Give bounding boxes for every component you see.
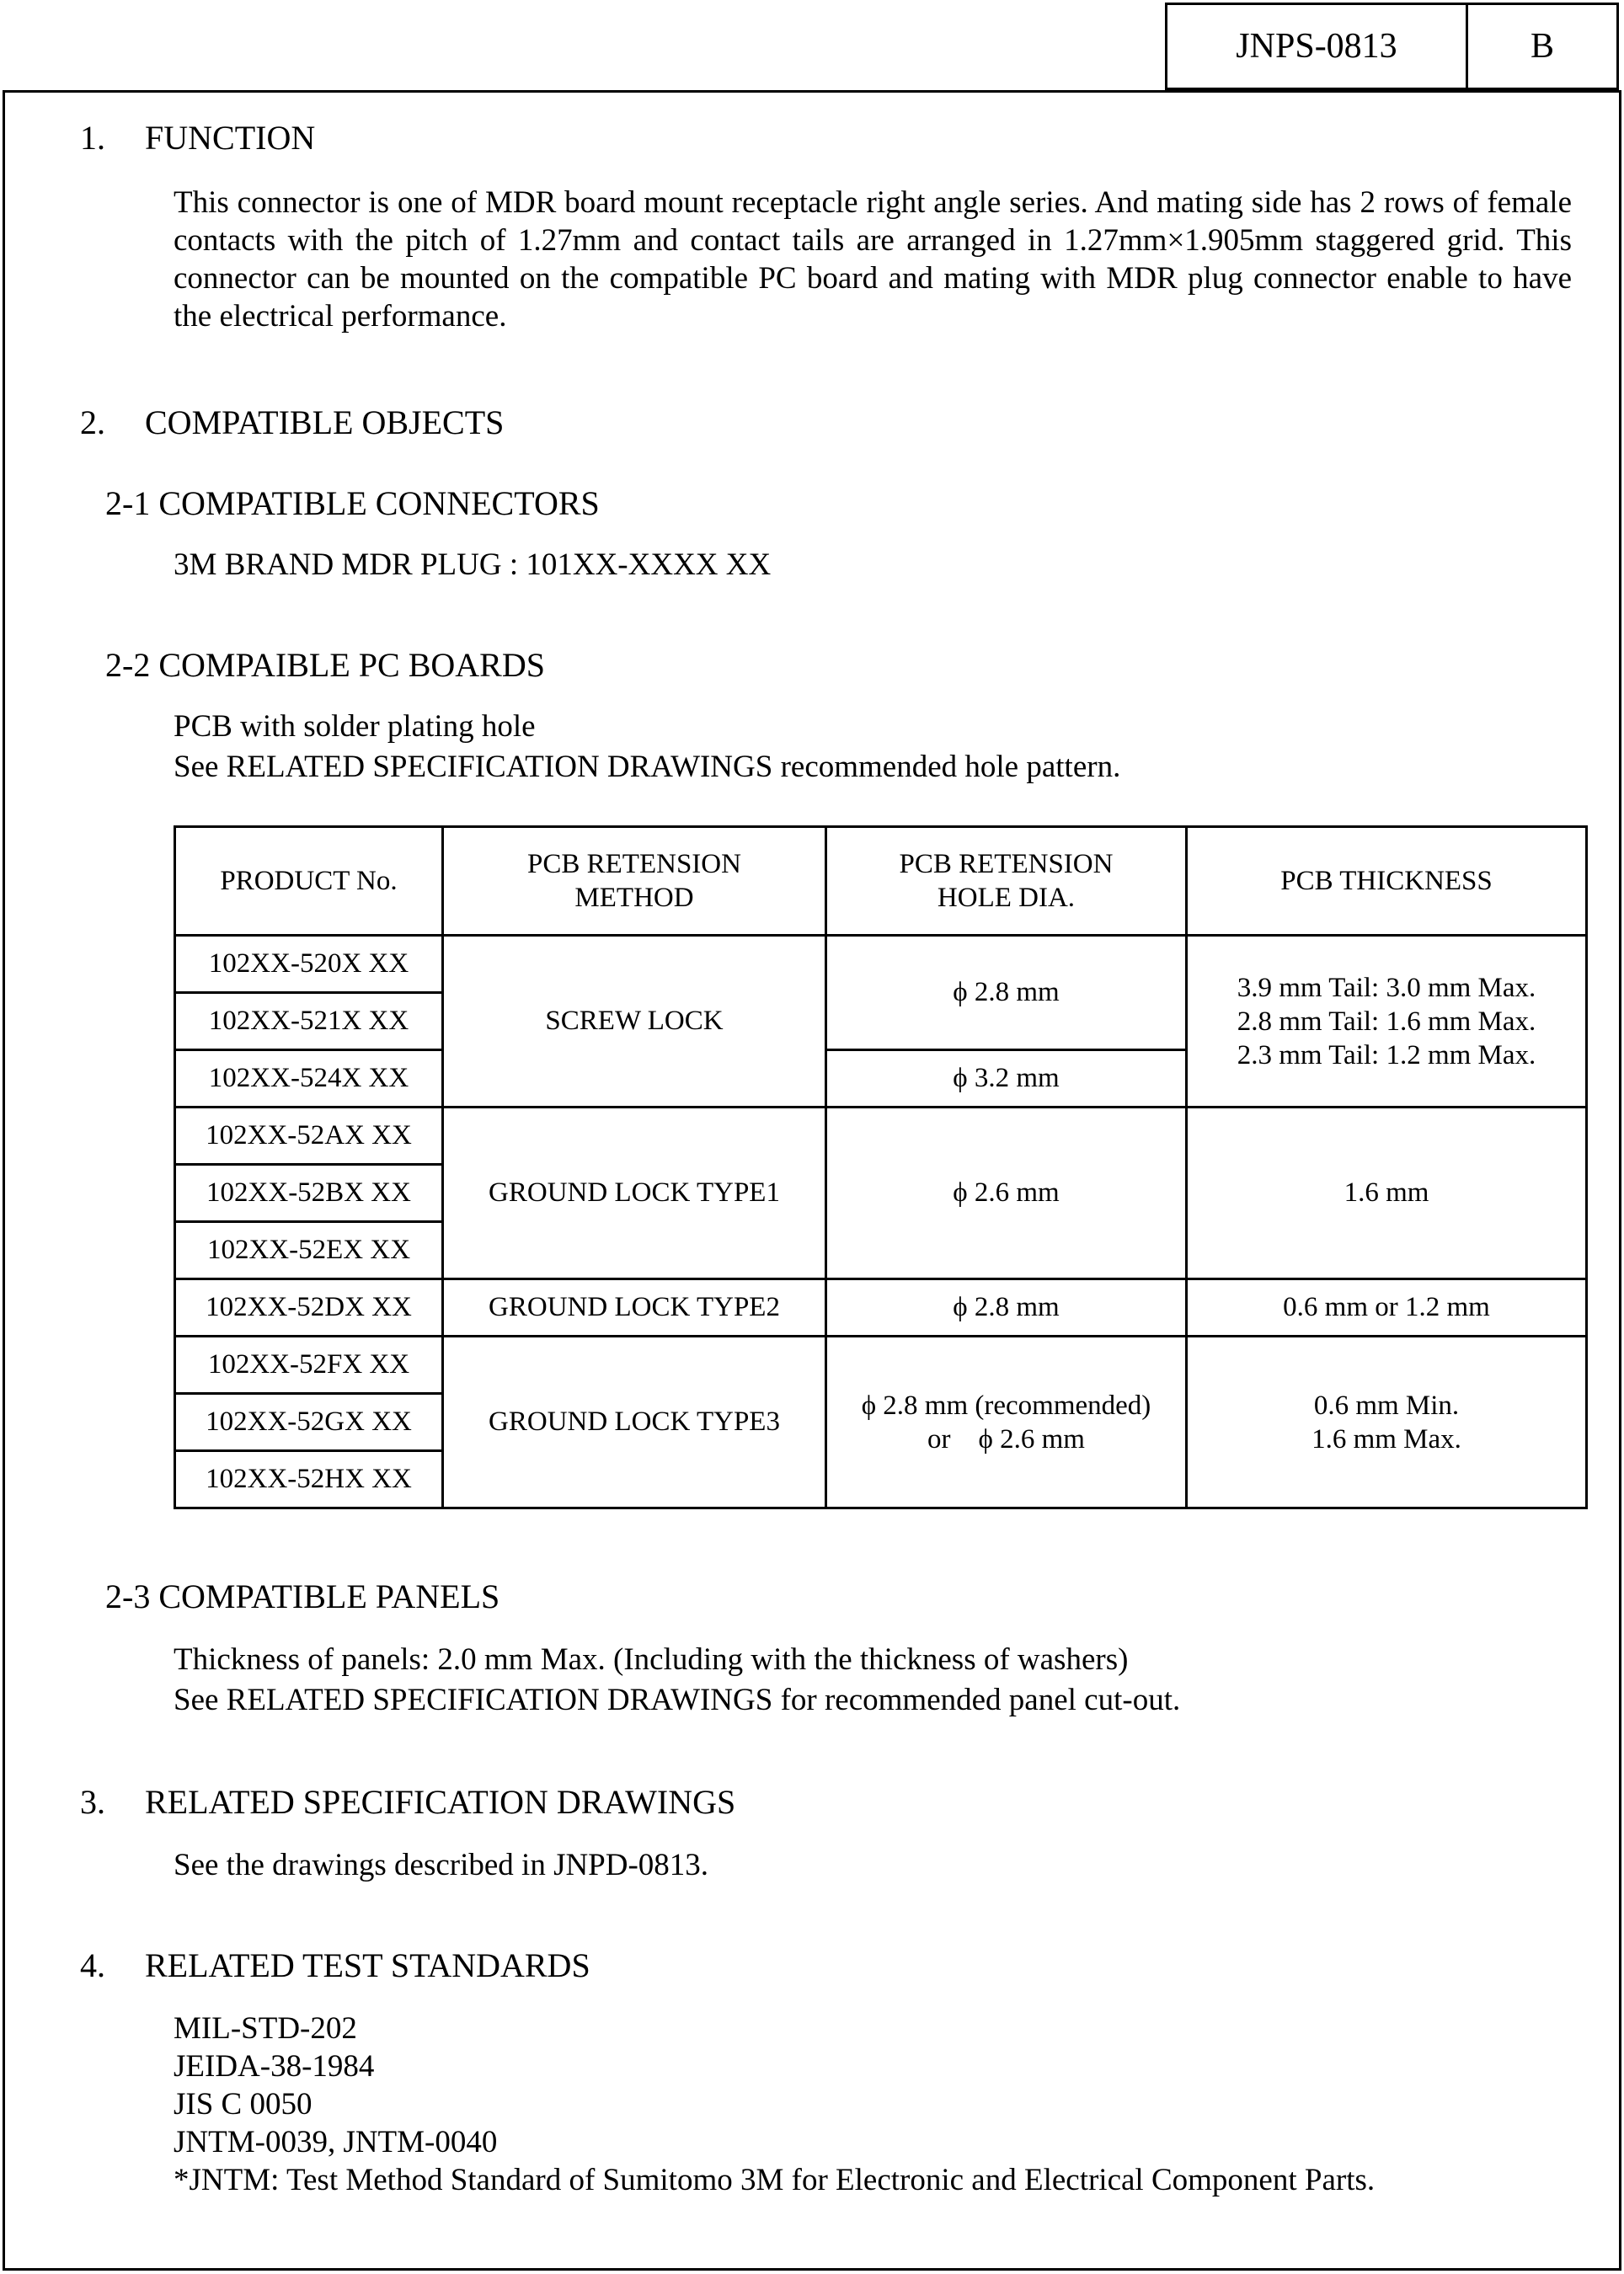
hole-cell: ϕ 2.8 mm [826,1279,1187,1337]
subsection-2-3-heading: 2-3 COMPATIBLE PANELS [105,1577,499,1616]
cell-line: 0.6 mm Min. [1188,1389,1585,1423]
list-item: JIS C 0050 [174,2085,1375,2123]
col-header-thickness: PCB THICKNESS [1187,827,1587,936]
product-cell: 102XX-52HX XX [175,1451,443,1508]
table-row: 102XX-52AX XX GROUND LOCK TYPE1 ϕ 2.6 mm… [175,1108,1587,1165]
section-title: COMPATIBLE OBJECTS [145,403,504,442]
header-line: METHOD [444,881,825,915]
revision-letter: B [1468,5,1616,88]
hole-cell: ϕ 2.6 mm [826,1108,1187,1279]
product-cell: 102XX-521X XX [175,993,443,1050]
thickness-cell: 0.6 mm Min. 1.6 mm Max. [1187,1337,1587,1508]
section-number: 2. [80,403,105,442]
table-row: 102XX-52DX XX GROUND LOCK TYPE2 ϕ 2.8 mm… [175,1279,1587,1337]
product-cell: 102XX-520X XX [175,936,443,993]
cell-line: 1.6 mm Max. [1188,1423,1585,1456]
section-title: RELATED TEST STANDARDS [145,1946,590,1985]
cell-line: or ϕ 2.6 mm [827,1423,1185,1456]
document-number: JNPS-0813 [1167,5,1468,88]
hole-cell: ϕ 2.8 mm (recommended) or ϕ 2.6 mm [826,1337,1187,1508]
product-cell: 102XX-52AX XX [175,1108,443,1165]
table-header-row: PRODUCT No. PCB RETENSION METHOD PCB RET… [175,827,1587,936]
header-line: PCB RETENSION [827,847,1185,881]
product-cell: 102XX-52EX XX [175,1222,443,1279]
col-header-product: PRODUCT No. [175,827,443,936]
cell-line: 2.3 mm Tail: 1.2 mm Max. [1188,1038,1585,1072]
section-title: FUNCTION [145,118,315,157]
compatible-connector-text: 3M BRAND MDR PLUG : 101XX-XXXX XX [174,546,771,584]
standards-list: MIL-STD-202 JEIDA-38-1984 JIS C 0050 JNT… [174,2010,1375,2199]
thickness-cell: 0.6 mm or 1.2 mm [1187,1279,1587,1337]
product-cell: 102XX-52FX XX [175,1337,443,1394]
cell-line: ϕ 2.8 mm (recommended) [827,1389,1185,1423]
footnote: *JNTM: Test Method Standard of Sumitomo … [174,2161,1375,2199]
header-line: PCB RETENSION [444,847,825,881]
section-1-heading: 1. FUNCTION [80,118,585,160]
section-number: 1. [80,118,105,157]
hole-cell: ϕ 3.2 mm [826,1050,1187,1108]
method-cell: GROUND LOCK TYPE3 [443,1337,826,1508]
table-row: 102XX-52FX XX GROUND LOCK TYPE3 ϕ 2.8 mm… [175,1337,1587,1394]
section-4-heading: 4. RELATED TEST STANDARDS [80,1946,922,1988]
method-cell: GROUND LOCK TYPE1 [443,1108,826,1279]
product-cell: 102XX-524X XX [175,1050,443,1108]
col-header-method: PCB RETENSION METHOD [443,827,826,936]
compatible-pcb-table: PRODUCT No. PCB RETENSION METHOD PCB RET… [174,825,1588,1509]
title-block: JNPS-0813 B [1165,3,1619,90]
cell-line: 3.9 mm Tail: 3.0 mm Max. [1188,971,1585,1005]
product-cell: 102XX-52DX XX [175,1279,443,1337]
method-cell: SCREW LOCK [443,936,826,1108]
list-item: JNTM-0039, JNTM-0040 [174,2123,1375,2161]
function-paragraph: This connector is one of MDR board mount… [174,184,1572,335]
thickness-cell: 1.6 mm [1187,1108,1587,1279]
hole-cell: ϕ 2.8 mm [826,936,1187,1050]
subsection-2-1-heading: 2-1 COMPATIBLE CONNECTORS [105,483,600,523]
panel-text-line-2: See RELATED SPECIFICATION DRAWINGS for r… [174,1681,1180,1719]
drawings-reference-text: See the drawings described in JNPD-0813. [174,1846,708,1884]
pcb-text-line-2: See RELATED SPECIFICATION DRAWINGS recom… [174,748,1120,786]
section-2-heading: 2. COMPATIBLE OBJECTS [80,403,754,445]
section-title: RELATED SPECIFICATION DRAWINGS [145,1782,735,1822]
header-line: HOLE DIA. [827,881,1185,915]
thickness-cell: 3.9 mm Tail: 3.0 mm Max. 2.8 mm Tail: 1.… [1187,936,1587,1108]
section-3-heading: 3. RELATED SPECIFICATION DRAWINGS [80,1782,922,1824]
pcb-text-line-1: PCB with solder plating hole [174,707,536,745]
product-cell: 102XX-52GX XX [175,1394,443,1451]
subsection-2-2-heading: 2-2 COMPAIBLE PC BOARDS [105,645,545,685]
product-cell: 102XX-52BX XX [175,1165,443,1222]
col-header-hole: PCB RETENSION HOLE DIA. [826,827,1187,936]
panel-text-line-1: Thickness of panels: 2.0 mm Max. (Includ… [174,1641,1128,1679]
section-number: 3. [80,1782,105,1822]
cell-line: 2.8 mm Tail: 1.6 mm Max. [1188,1005,1585,1038]
list-item: JEIDA-38-1984 [174,2047,1375,2085]
method-cell: GROUND LOCK TYPE2 [443,1279,826,1337]
list-item: MIL-STD-202 [174,2010,1375,2047]
section-number: 4. [80,1946,105,1985]
table-row: 102XX-520X XX SCREW LOCK ϕ 2.8 mm 3.9 mm… [175,936,1587,993]
